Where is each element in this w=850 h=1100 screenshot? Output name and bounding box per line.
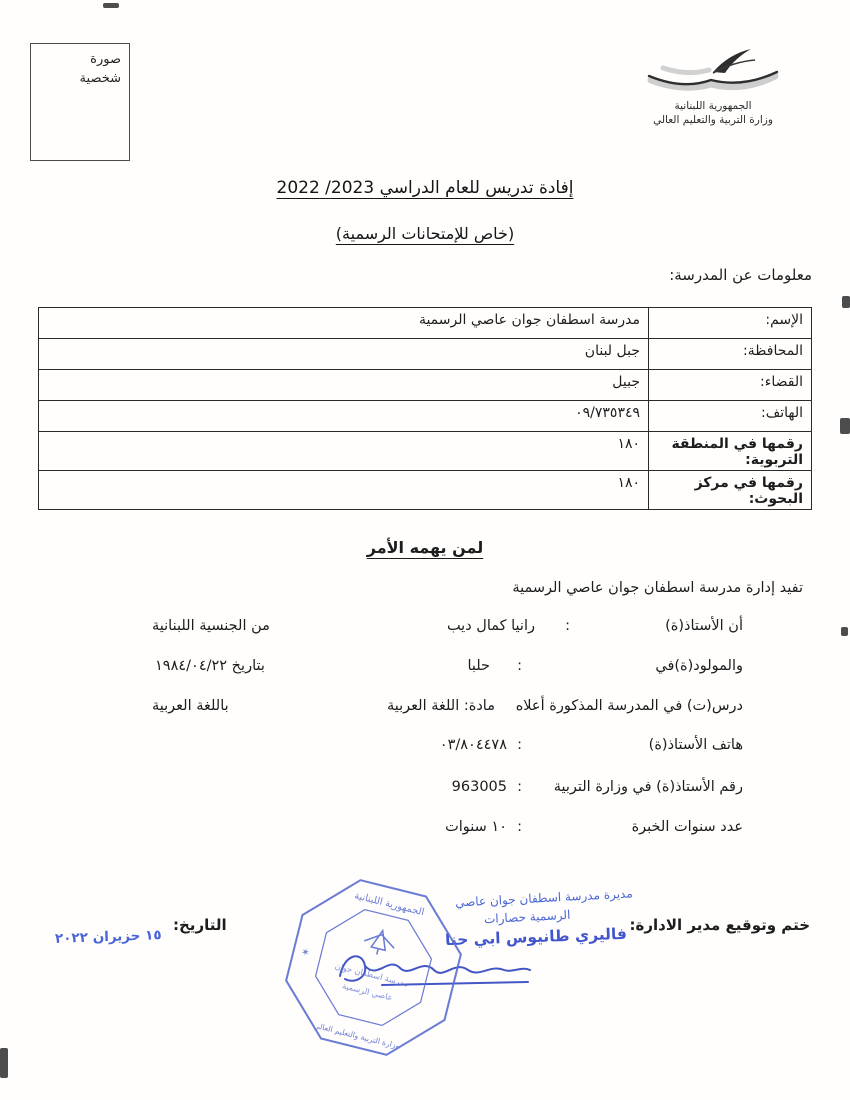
teaching-language-text: باللغة العربية <box>152 698 229 714</box>
photo-box-label-line1: صورة <box>39 50 121 69</box>
table-row: القضاء: جبيل <box>39 370 812 401</box>
handwritten-date: ١٥ حزيران ٢٠٢٢ <box>55 927 162 947</box>
colon: : <box>517 779 522 795</box>
row-value-governorate: جبل لبنان <box>39 339 649 370</box>
row-label-governorate: المحافظة: <box>649 339 812 370</box>
colon: : <box>517 819 522 835</box>
teacher-label: أن الأستاذ(ة) <box>665 618 743 634</box>
colon: : <box>517 737 522 753</box>
taught-label: درس(ت) في المدرسة المذكورة أعلاه <box>516 698 743 714</box>
colon: : <box>565 618 570 634</box>
scan-speck <box>841 627 848 636</box>
stamp-inner-line2: عاصي الرسمية <box>341 980 394 1002</box>
stamp-bottom-text: وزارة التربية والتعليم العالي <box>313 1021 401 1051</box>
stamp-note-line1: مديرة مدرسة اسطفان جوان عاصي <box>455 886 633 909</box>
nationality-text: من الجنسية اللبنانية <box>152 618 270 634</box>
row-value-district: جبيل <box>39 370 649 401</box>
attestation-intro: تفيد إدارة مدرسة اسطفان جوان عاصي الرسمي… <box>512 580 803 596</box>
row-label-research-center-number: رقمها في مركز البحوث: <box>649 471 812 510</box>
row-label-name: الإسم: <box>649 308 812 339</box>
stamp-note-line2: الرسمية حصارات <box>483 908 570 927</box>
document-title: إفادة تدريس للعام الدراسي 2023/ 2022 <box>0 178 850 198</box>
school-info-heading: معلومات عن المدرسة: <box>669 266 812 284</box>
birthdate-text: بتاريخ ١٩٨٤/٠٤/٢٢ <box>155 658 265 674</box>
document-subtitle: (خاص للإمتحانات الرسمية) <box>0 224 850 243</box>
row-label-phone: الهاتف: <box>649 401 812 432</box>
logo-ministry-text: وزارة التربية والتعليم العالي <box>628 114 798 126</box>
row-label-district: القضاء: <box>649 370 812 401</box>
teacher-name: رانيا كمال ديب <box>447 618 535 634</box>
ministry-number-value: 963005 <box>452 779 507 795</box>
scan-speck <box>840 418 850 434</box>
table-row: المحافظة: جبل لبنان <box>39 339 812 370</box>
table-row: الإسم: مدرسة اسطفان جوان عاصي الرسمية <box>39 308 812 339</box>
row-value-research-center-number: ١٨٠ <box>39 471 649 510</box>
photo-placeholder-box: صورة شخصية <box>30 43 130 161</box>
table-row: الهاتف: ٠٩/٧٣٥٣٤٩ <box>39 401 812 432</box>
open-book-icon <box>643 46 783 98</box>
school-info-table: الإسم: مدرسة اسطفان جوان عاصي الرسمية ال… <box>38 307 812 510</box>
experience-value: ١٠ سنوات <box>445 819 507 835</box>
photo-box-label-line2: شخصية <box>39 69 121 88</box>
colon: : <box>517 658 522 674</box>
scan-speck <box>0 1048 8 1078</box>
birthplace-value: حلبا <box>467 658 490 674</box>
logo-republic-text: الجمهورية اللبنانية <box>628 100 798 112</box>
stamp-star: ✶ <box>300 946 311 960</box>
birthplace-label: والمولود(ة)في <box>655 658 743 674</box>
seal-signature-label: ختم وتوقيع مدير الادارة: <box>630 916 810 934</box>
row-value-phone: ٠٩/٧٣٥٣٤٩ <box>39 401 649 432</box>
scan-speck <box>103 3 119 8</box>
stamp-emblem <box>362 927 398 958</box>
ministry-number-label: رقم الأستاذ(ة) في وزارة التربية <box>554 779 743 795</box>
table-row: رقمها في مركز البحوث: ١٨٠ <box>39 471 812 510</box>
ministry-logo: الجمهورية اللبنانية وزارة التربية والتعل… <box>628 46 798 126</box>
table-row: رقمها في المنطقة التربوية: ١٨٠ <box>39 432 812 471</box>
official-octagon-stamp: الجمهورية اللبنانية ✶ مدرسة اسطفان جوان … <box>276 870 471 1065</box>
subject-value: مادة: اللغة العربية <box>387 698 495 714</box>
row-value-name: مدرسة اسطفان جوان عاصي الرسمية <box>39 308 649 339</box>
teacher-phone-value: ٠٣/٨٠٤٤٧٨ <box>440 737 507 753</box>
row-value-edu-zone-number: ١٨٠ <box>39 432 649 471</box>
experience-label: عدد سنوات الخبرة <box>632 819 743 835</box>
row-label-edu-zone-number: رقمها في المنطقة التربوية: <box>649 432 812 471</box>
teacher-phone-label: هاتف الأستاذ(ة) <box>649 737 743 753</box>
scan-speck <box>842 296 850 308</box>
date-label: التاريخ: <box>173 916 227 934</box>
document-page: صورة شخصية الجمهورية اللبنانية وزارة الت… <box>0 0 850 1100</box>
to-whom-it-may-concern-heading: لمن يهمه الأمر <box>0 538 850 557</box>
